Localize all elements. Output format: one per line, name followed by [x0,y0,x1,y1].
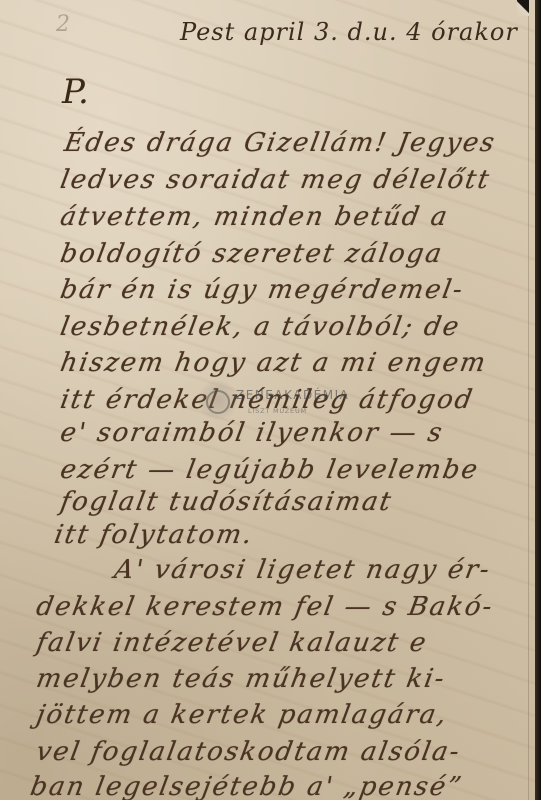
paper-fold-line [528,0,529,800]
letter-page: 2 Pest april 3. d.u. 4 órakor P. Édes dr… [0,0,535,800]
letter-line: foglalt tudósításaimat [58,487,395,517]
letter-line: Édes drága Gizellám! Jegyes [62,128,498,158]
letter-line: falvi intézetével kalauzt e [34,628,430,658]
letter-line: dekkel kerestem fel — s Bakó- [34,592,496,622]
paper-corner [517,0,529,16]
letter-line: boldogító szeretet záloga [58,239,446,269]
letter-line: jöttem a kertek pamlagára, [34,700,450,730]
letter-line: itt folytatom. [52,520,256,550]
watermark-title: ZENEAKADÉMIA [236,388,349,402]
letter-line: ban legelsejétebb a' „pensé” [28,772,465,800]
letter-line: vel foglalatoskodtam alsóla- [34,737,463,767]
letter-line: melyben teás műhelyett ki- [34,664,448,694]
watermark-subtitle: LISZT MÚZEUM [248,407,307,415]
letter-line: átvettem, minden betűd a [58,202,451,232]
letter-line: hiszem hogy azt a mi engem [58,348,489,378]
dateline: Pest april 3. d.u. 4 órakor [180,18,518,46]
page-number: 2 [56,12,70,37]
letter-line: bár én is úgy megérdemel- [58,275,466,305]
liszt-seal-icon [198,380,238,420]
letter-line: lesbetnélek, a távolból; de [58,312,463,342]
letter-line: ledves soraidat meg délelőtt [58,165,493,195]
salutation-mark: P. [62,72,89,112]
scan-background-edge [535,0,541,800]
museum-watermark: ZENEAKADÉMIA LISZT MÚZEUM [198,378,368,428]
letter-line: ezért — legújabb levelembe [58,455,482,485]
letter-line: A' városi ligetet nagy ér- [112,555,493,585]
